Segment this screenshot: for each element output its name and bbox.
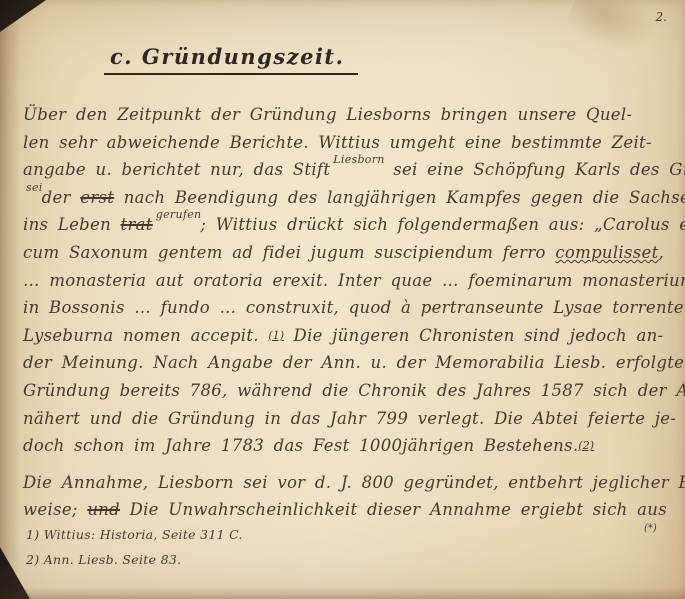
handwriting-segment: Über den Zeitpunkt der Gründung Liesborn… bbox=[23, 105, 632, 124]
handwriting-line: Gründung bereits 786, während die Chroni… bbox=[23, 377, 677, 405]
page-edge-shadow-bottom bbox=[0, 587, 685, 599]
handwriting-segment: trat bbox=[121, 215, 153, 234]
handwriting-segment: Die Unwahrscheinlichkeit dieser Annahme … bbox=[120, 500, 667, 519]
handwriting-segment: Gründung bereits 786, während die Chroni… bbox=[23, 381, 685, 400]
handwriting-line: … monasteria aut oratoria erexit. Inter … bbox=[23, 267, 677, 295]
handwriting-segment: nach Beendigung des langjährigen Kampfes… bbox=[114, 188, 685, 207]
footnote-2: 2) Ann. Liesb. Seite 83. bbox=[26, 552, 181, 567]
handwriting-line: der Meinung. Nach Angabe der Ann. u. der… bbox=[23, 349, 677, 377]
handwriting-segment: erst bbox=[80, 188, 114, 207]
handwriting-segment: compulisset bbox=[555, 243, 658, 262]
handwriting-line: Lyseburna nomen accepit. (1) Die jüngere… bbox=[23, 322, 677, 350]
handwriting-line: nähert und die Gründung in das Jahr 799 … bbox=[23, 405, 677, 433]
handwriting-segment: der bbox=[42, 188, 81, 207]
handwriting-segment: angabe u. berichtet nur, das Stift bbox=[23, 160, 330, 179]
handwriting-line: Die Annahme, Liesborn sei vor d. J. 800 … bbox=[23, 469, 677, 497]
handwriting-segment: cum Saxonum gentem ad fidei jugum suscip… bbox=[23, 243, 555, 262]
footnote-1: 1) Wittius: Historia, Seite 311 C. bbox=[26, 527, 243, 542]
handwriting-segment: ; Wittius drückt sich folgendermaßen aus… bbox=[200, 215, 685, 234]
handwriting-line: Über den Zeitpunkt der Gründung Liesborn… bbox=[23, 101, 677, 129]
footnote-star-mark: (*) bbox=[644, 523, 657, 534]
paper-stain bbox=[562, 0, 663, 65]
handwriting-segment: Die Annahme, Liesborn sei vor d. J. 800 … bbox=[23, 473, 685, 492]
handwriting-segment: … monasteria aut oratoria erexit. Inter … bbox=[23, 271, 685, 290]
handwriting-segment: doch schon im Jahre 1783 das Fest 1000jä… bbox=[23, 436, 578, 455]
handwriting-line: seider erst nach Beendigung des langjähr… bbox=[23, 184, 677, 212]
handwriting-segment: und bbox=[87, 500, 120, 519]
handwriting-segment: Lyseburna nomen accepit. bbox=[23, 326, 268, 345]
handwriting-line: in Bossonis … fundo … construxit, quod à… bbox=[23, 294, 677, 322]
handwriting-line: cum Saxonum gentem ad fidei jugum suscip… bbox=[23, 239, 677, 267]
handwriting-segment: (1) bbox=[268, 329, 284, 342]
handwriting-segment: ins Leben bbox=[23, 215, 121, 234]
section-title: c. Gründungszeit. bbox=[104, 44, 358, 75]
handwriting-segment: nähert und die Gründung in das Jahr 799 … bbox=[23, 409, 676, 428]
handwriting-line: angabe u. berichtet nur, das StiftLiesbo… bbox=[23, 156, 677, 184]
handwriting-segment: len sehr abweichende Berichte. Wittius u… bbox=[23, 133, 652, 152]
page-edge-shadow-left bbox=[0, 0, 20, 599]
page-number: 2. bbox=[656, 10, 667, 24]
handwriting-line: doch schon im Jahre 1783 das Fest 1000jä… bbox=[23, 432, 677, 460]
handwriting-segment: sei eine Schöpfung Karls des Großen, bbox=[384, 160, 685, 179]
handwriting-segment: weise; bbox=[23, 500, 87, 519]
handwriting-segment: (2) bbox=[578, 439, 594, 452]
handwriting-line: weise; und Die Unwahrscheinlichkeit dies… bbox=[23, 496, 677, 524]
handwriting-segment: in Bossonis … fundo … construxit, quod à… bbox=[23, 298, 684, 317]
manuscript-page-scan: 2. c. Gründungszeit. Über den Zeitpunkt … bbox=[0, 0, 685, 599]
handwriting-segment: , bbox=[659, 243, 665, 262]
handwriting-segment: Die jüngeren Chronisten sind jedoch an- bbox=[284, 326, 663, 345]
handwriting-line: ins Leben tratgerufen; Wittius drückt si… bbox=[23, 211, 677, 239]
manuscript-body: Über den Zeitpunkt der Gründung Liesborn… bbox=[23, 101, 677, 524]
handwriting-segment: der Meinung. Nach Angabe der Ann. u. der… bbox=[23, 353, 685, 372]
handwriting-line: len sehr abweichende Berichte. Wittius u… bbox=[23, 129, 677, 157]
